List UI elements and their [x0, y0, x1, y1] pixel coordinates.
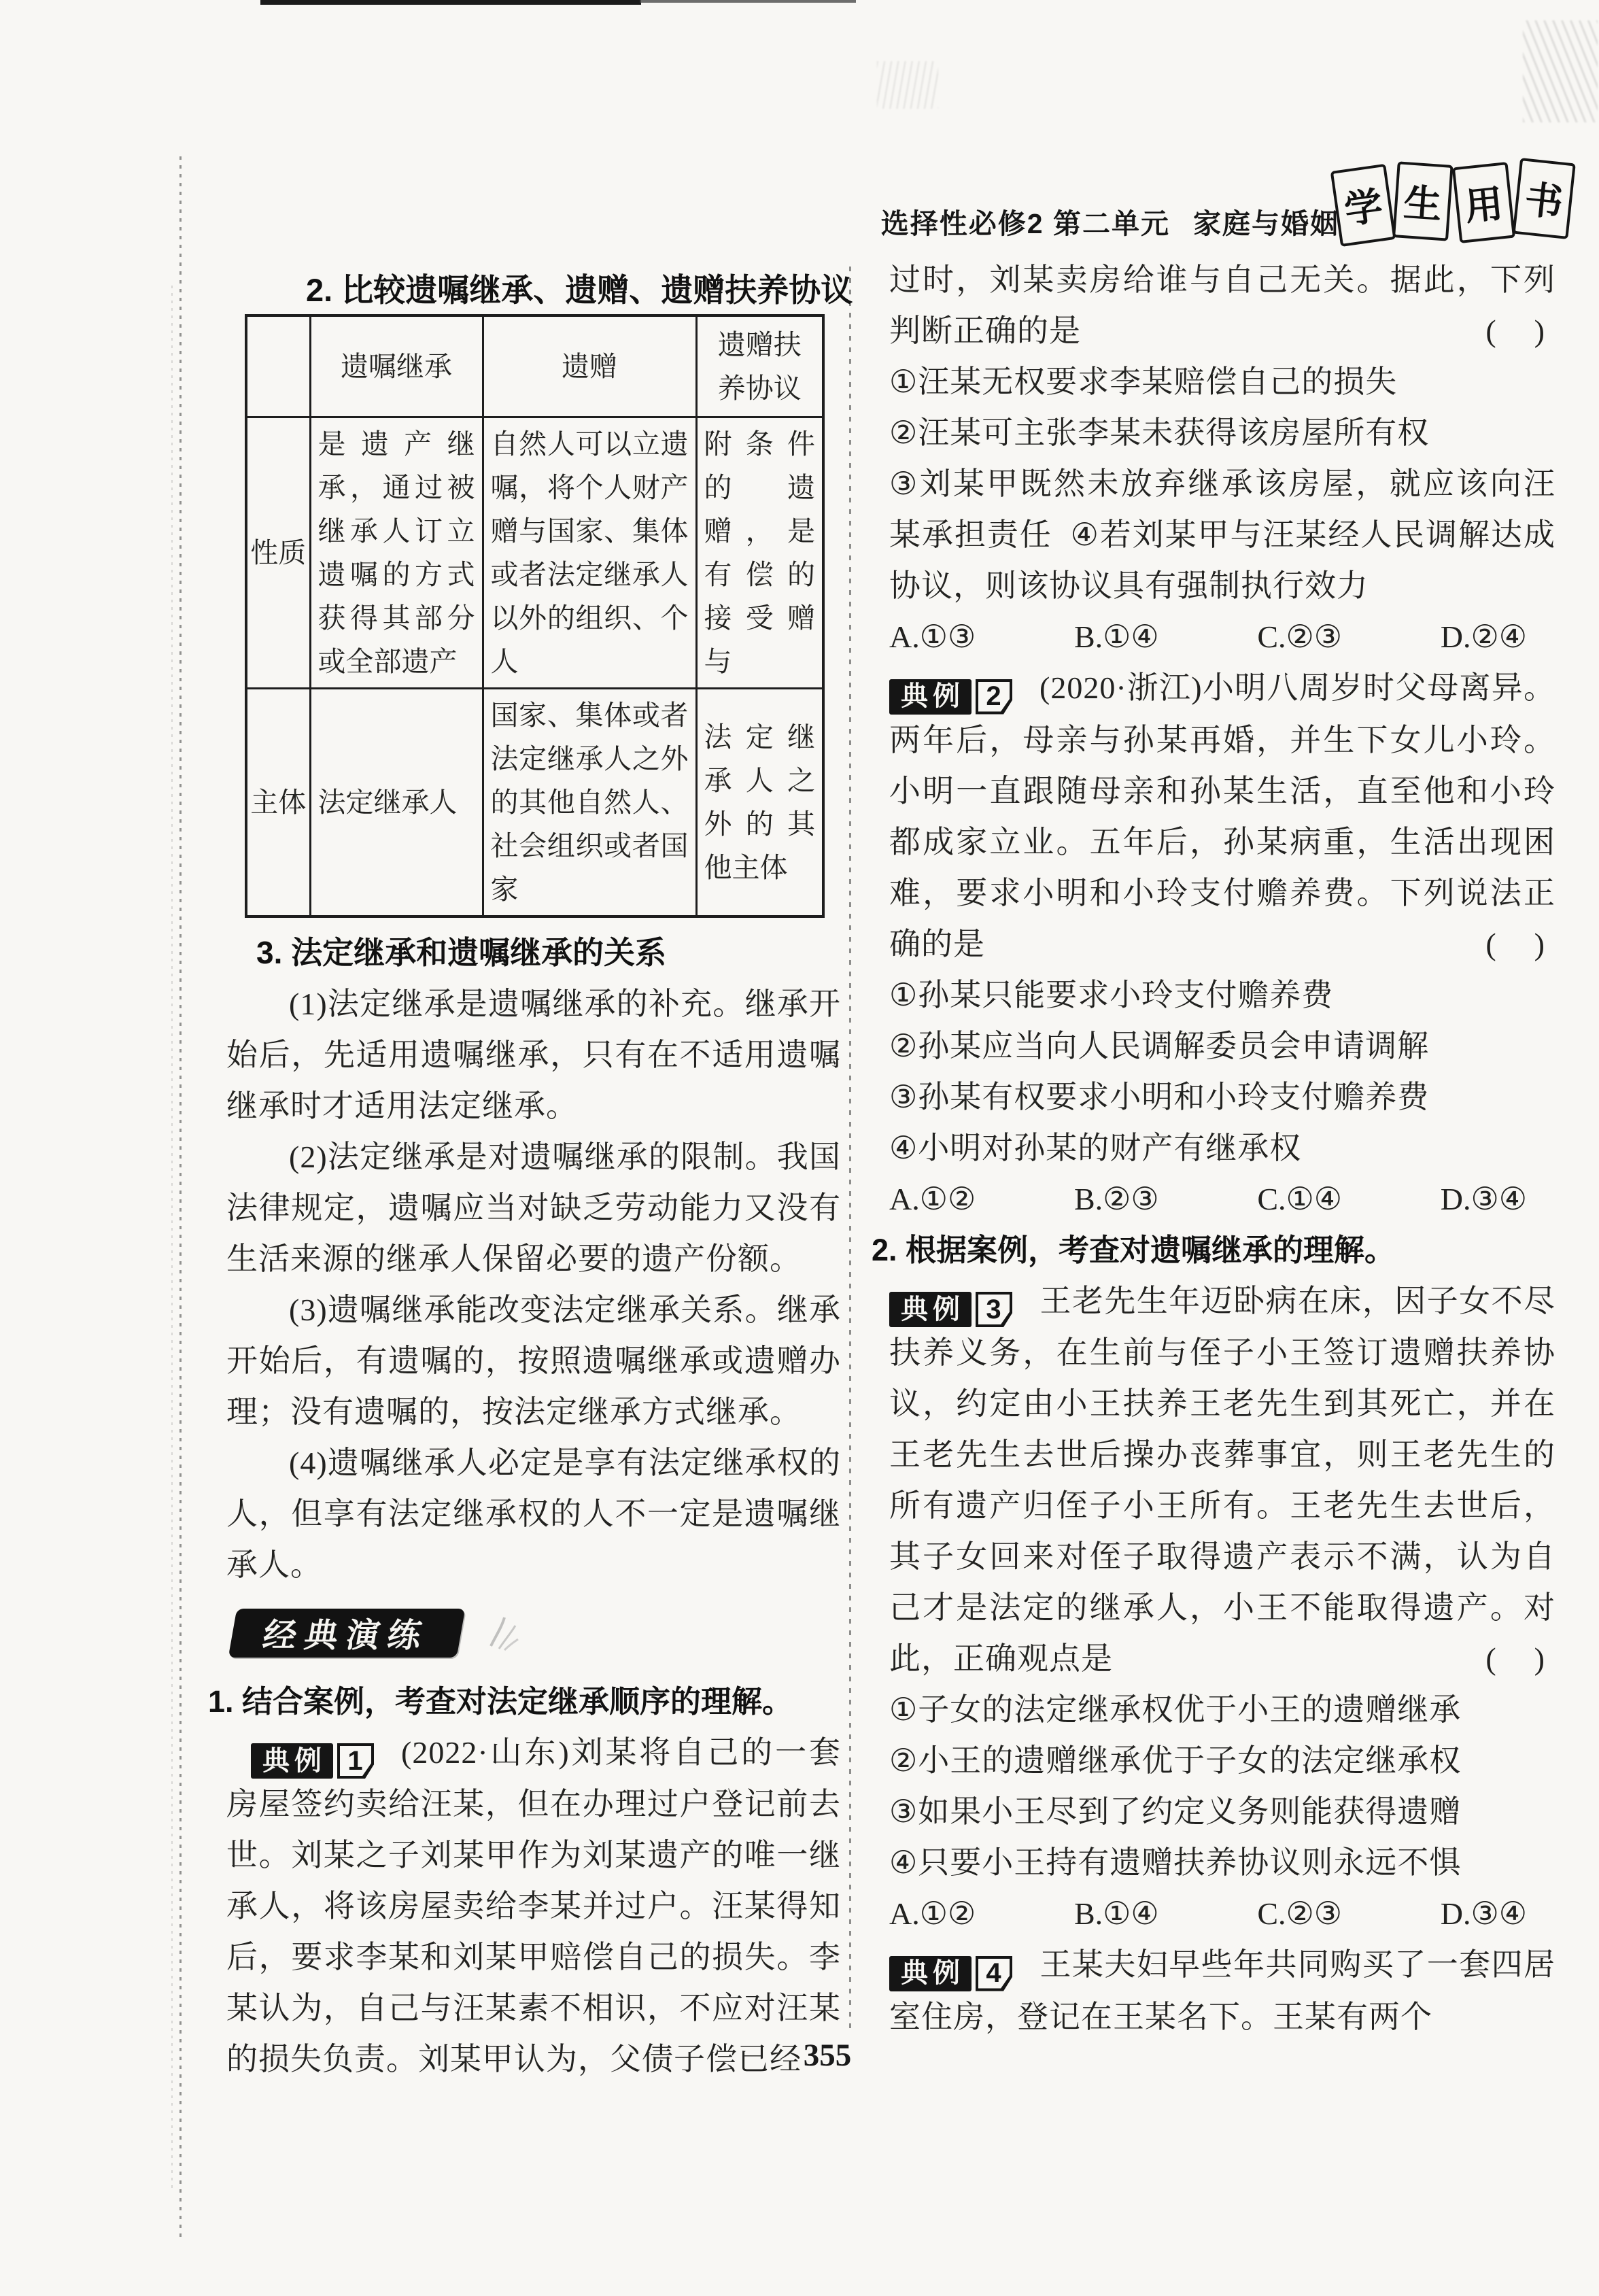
page-number: 355	[787, 2037, 868, 2074]
choice-statement: ④只要小王持有遗赠扶养协议则永远不惧	[889, 1837, 1555, 1888]
table-column-header: 遗嘱继承	[310, 315, 483, 417]
answer-option: A.①②	[889, 1173, 976, 1224]
left-column: 2. 比较遗嘱继承、遗赠、遗赠扶养协议 遗嘱继承遗赠遗赠扶养协议性质是遗产继承，…	[205, 267, 841, 2085]
table-cell: 是遗产继承，通过被继承人订立遗嘱的方式获得其部分或全部遗产	[310, 417, 483, 688]
note-heading-3: 3. 法定继承和遗嘱继承的关系	[256, 927, 841, 978]
note-paragraph: (4)遗嘱继承人必定是享有法定继承权的人，但享有法定继承权的人不一定是遗嘱继承人…	[226, 1437, 841, 1590]
note-heading-2: 2. 比较遗嘱继承、遗赠、遗赠扶养协议	[306, 267, 841, 314]
right-column: 过时，刘某卖房给谁与自己无关。据此，下列判断正确的是( )①汪某无权要求李某赔偿…	[889, 254, 1555, 2042]
table-cell: 国家、集体或者法定继承人之外的其他自然人、社会组织或者国家	[483, 688, 696, 916]
example-badge-label: 典例	[889, 1956, 972, 1991]
example-text: 王老先生年迈卧病在床，因子女不尽扶养义务，在生前与侄子小王签订遗赠扶养协议，约定…	[889, 1284, 1555, 1677]
question-stem-text: 过时，刘某卖房给谁与自己无关。据此，下列判断正确的是	[889, 262, 1555, 348]
logo-card: 学	[1330, 164, 1396, 247]
table-column-header: 遗赠扶养协议	[696, 315, 823, 417]
answer-option: C.①④	[1257, 1173, 1342, 1224]
answer-option: D.③④	[1441, 1888, 1527, 1939]
question-heading: 2. 根据案例，考查对遗嘱继承的理解。	[872, 1224, 1555, 1275]
table-cell: 法定继承人	[310, 688, 483, 916]
question-1-heading: 1. 结合案例，考查对法定继承顺序的理解。	[208, 1676, 841, 1727]
scan-artifact-corner-scribble	[1523, 20, 1598, 122]
running-head-section: 家庭与婚姻	[1193, 208, 1339, 239]
example-block: 典例2(2020·浙江)小明八周岁时父母离异。两年后，母亲与孙某再婚，并生下女儿…	[889, 662, 1555, 970]
banner-decoration-icon	[484, 1612, 521, 1654]
scanned-textbook-page: { "page": {"number": "355", "background"…	[0, 0, 1599, 2296]
note-paragraph: (3)遗嘱继承能改变法定继承关系。继承开始后，有遗嘱的，按照遗嘱继承或遗赠办理；…	[226, 1284, 841, 1437]
example-badge: 典例4	[889, 1956, 1012, 1991]
example-badge: 典例3	[889, 1292, 1012, 1327]
table-cell: 附条件的遗赠，是有偿的接受赠与	[696, 417, 823, 688]
table-corner-cell	[246, 315, 310, 417]
answer-options-row: A.①②B.②③C.①④D.③④	[889, 1173, 1555, 1224]
choice-statement: ②小王的遗赠继承优于子女的法定继承权	[889, 1735, 1555, 1786]
answer-option: B.①④	[1074, 1888, 1159, 1939]
table-row-label: 主体	[246, 688, 310, 916]
example-badge-number: 2	[976, 679, 1012, 715]
table-row: 主体法定继承人国家、集体或者法定继承人之外的其他自然人、社会组织或者国家法定继承…	[246, 688, 823, 916]
scan-artifact-top-bar-light	[640, 0, 856, 3]
answer-bracket: ( )	[1485, 305, 1546, 356]
note-paragraphs: (1)法定继承是遗嘱继承的补充。继承开始后，先适用遗嘱继承，只有在不适用遗嘱继承…	[205, 978, 841, 1590]
answer-bracket: ( )	[1485, 919, 1546, 970]
scan-artifact-smudge	[877, 61, 938, 109]
example-block: 典例4王某夫妇早些年共同购买了一套四居室住房，登记在王某名下。王某有两个	[889, 1939, 1555, 2042]
answer-options-row: A.①②B.①④C.②③D.③④	[889, 1888, 1555, 1939]
example-badge-number: 3	[976, 1292, 1012, 1327]
choice-statement: ③孙某有权要求小明和小玲支付赡养费	[889, 1072, 1555, 1123]
choice-statement: ①子女的法定继承权优于小王的遗赠继承	[889, 1684, 1555, 1735]
choice-statement: ③刘某甲既然未放弃继承该房屋，就应该向汪某承担责任 ④若刘某甲与汪某经人民调解达…	[889, 458, 1555, 611]
example-badge-label: 典例	[889, 1292, 972, 1327]
running-head-unit: 选择性必修2 第二单元	[881, 208, 1170, 239]
logo-card: 书	[1513, 158, 1576, 239]
example-badge-number: 1	[337, 1743, 374, 1779]
answer-bracket: ( )	[1485, 1633, 1546, 1684]
example-1-text: (2022·山东)刘某将自己的一套房屋签约卖给汪某，但在办理过户登记前去世。刘某…	[226, 1735, 841, 2077]
answer-option: D.②④	[1441, 611, 1527, 662]
example-badge-number: 4	[976, 1956, 1012, 1991]
logo-card: 用	[1452, 162, 1515, 243]
answer-option: B.②③	[1074, 1173, 1159, 1224]
example-badge: 典例2	[889, 679, 1012, 715]
answer-option: D.③④	[1441, 1173, 1527, 1224]
table-cell: 法定继承人之外的其他主体	[696, 688, 823, 916]
answer-option: C.②③	[1257, 611, 1342, 662]
table-cell: 自然人可以立遗嘱，将个人财产赠与国家、集体或者法定继承人以外的组织、个人	[483, 417, 696, 688]
answer-option: B.①④	[1074, 611, 1159, 662]
example-1: 典例1(2022·山东)刘某将自己的一套房屋签约卖给汪某，但在办理过户登记前去世…	[226, 1727, 841, 2085]
answer-option: A.①②	[889, 1888, 976, 1939]
choice-statement: ②孙某应当向人民调解委员会申请调解	[889, 1021, 1555, 1072]
logo-card: 生	[1392, 161, 1454, 241]
answer-option: C.②③	[1257, 1888, 1342, 1939]
choice-statement: ①汪某无权要求李某赔偿自己的损失	[889, 356, 1555, 407]
note-paragraph: (2)法定继承是对遗嘱继承的限制。我国法律规定，遗嘱应当对缺乏劳动能力又没有生活…	[226, 1131, 841, 1284]
example-block: 典例3王老先生年迈卧病在床，因子女不尽扶养义务，在生前与侄子小王签订遗赠扶养协议…	[889, 1275, 1555, 1685]
choice-statement: ②汪某可主张李某未获得该房屋所有权	[889, 407, 1555, 458]
question-stem: 过时，刘某卖房给谁与自己无关。据此，下列判断正确的是( )	[889, 254, 1555, 356]
scan-artifact-binding-line	[179, 156, 182, 2237]
answer-options-row: A.①③B.①④C.②③D.②④	[889, 611, 1555, 662]
column-divider-dashed-line	[849, 267, 851, 2034]
student-book-logo: 学生用书	[1335, 162, 1572, 238]
banner-row: 经典演练	[233, 1608, 841, 1658]
table-row-label: 性质	[246, 417, 310, 688]
scan-artifact-top-bar	[260, 0, 641, 5]
page-header: 选择性必修2 第二单元家庭与婚姻 学生用书	[782, 182, 1584, 264]
answer-option: A.①③	[889, 611, 976, 662]
example-badge-label: 典例	[889, 679, 972, 715]
choice-statement: ④小明对孙某的财产有继承权	[889, 1123, 1555, 1173]
scan-artifact-binding-line-2	[171, 286, 173, 2189]
example-badge-label: 典例	[251, 1743, 333, 1779]
comparison-table: 遗嘱继承遗赠遗赠扶养协议性质是遗产继承，通过被继承人订立遗嘱的方式获得其部分或全…	[245, 314, 825, 918]
table-header-row: 遗嘱继承遗赠遗赠扶养协议	[246, 315, 823, 417]
practice-banner: 经典演练	[228, 1609, 466, 1658]
example-badge: 典例1	[251, 1743, 374, 1779]
running-head: 选择性必修2 第二单元家庭与婚姻	[881, 201, 1339, 241]
choice-statement: ①孙某只能要求小玲支付赡养费	[889, 970, 1555, 1021]
table-column-header: 遗赠	[483, 315, 696, 417]
choice-statement: ③如果小王尽到了约定义务则能获得遗赠	[889, 1786, 1555, 1837]
note-paragraph: (1)法定继承是遗嘱继承的补充。继承开始后，先适用遗嘱继承，只有在不适用遗嘱继承…	[226, 978, 841, 1131]
table-row: 性质是遗产继承，通过被继承人订立遗嘱的方式获得其部分或全部遗产自然人可以立遗嘱，…	[246, 417, 823, 688]
